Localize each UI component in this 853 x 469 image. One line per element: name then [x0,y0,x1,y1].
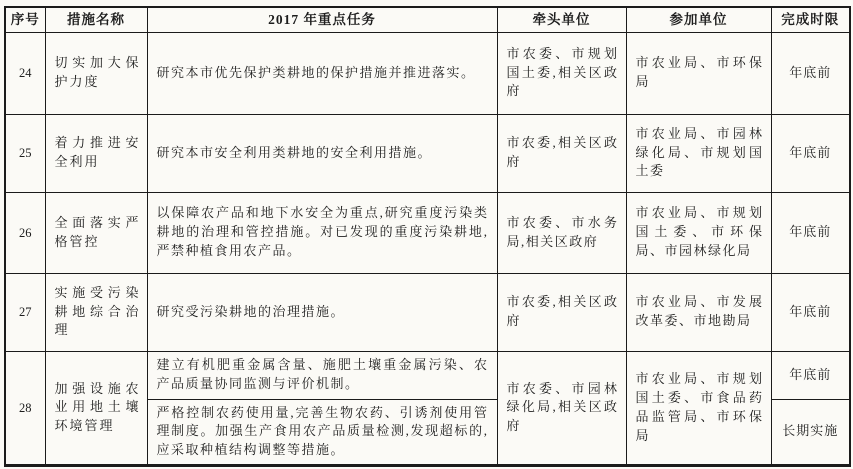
row-26-lead: 市农委、市水务局,相关区政府 [497,192,626,273]
row-27-task: 研究受污染耕地的治理措施。 [147,273,497,351]
row-28-lead: 市农委、市园林绿化局,相关区政府 [497,351,626,466]
tasks-table: 序号 措施名称 2017 年重点任务 牵头单位 参加单位 完成时限 24 切实加… [4,6,851,467]
row-28-deadline-2: 长期实施 [771,399,850,466]
header-measure: 措施名称 [45,7,147,32]
row-24-task: 研究本市优先保护类耕地的保护措施并推进落实。 [147,32,497,114]
row-27-lead: 市农委,相关区政府 [497,273,626,351]
row-26-participants: 市农业局、市规划国土委、市环保局、市园林绿化局 [626,192,771,273]
row-26-deadline: 年底前 [771,192,850,273]
header-task: 2017 年重点任务 [147,7,497,32]
row-24-measure: 切实加大保护力度 [45,32,147,114]
row-28-seq: 28 [5,351,45,466]
row-25-participants: 市农业局、市园林绿化局、市规划国土委 [626,114,771,192]
row-24-lead: 市农委、市规划国土委,相关区政府 [497,32,626,114]
row-24-seq: 24 [5,32,45,114]
row-25-measure: 着力推进安全利用 [45,114,147,192]
row-25-lead: 市农委,相关区政府 [497,114,626,192]
row-27-seq: 27 [5,273,45,351]
header-participants: 参加单位 [626,7,771,32]
row-24-participants: 市农业局、市环保局 [626,32,771,114]
header-row: 序号 措施名称 2017 年重点任务 牵头单位 参加单位 完成时限 [5,7,850,32]
row-25-deadline: 年底前 [771,114,850,192]
row-28-participants: 市农业局、市规划国土委、市食品药品监管局、市环保局 [626,351,771,466]
table-row-27: 27 实施受污染耕地综合治理 研究受污染耕地的治理措施。 市农委,相关区政府 市… [5,273,850,351]
table-row-26: 26 全面落实严格管控 以保障农产品和地下水安全为重点,研究重度污染类耕地的治理… [5,192,850,273]
row-26-measure: 全面落实严格管控 [45,192,147,273]
row-27-measure: 实施受污染耕地综合治理 [45,273,147,351]
row-27-participants: 市农业局、市发展改革委、市地勘局 [626,273,771,351]
header-lead: 牵头单位 [497,7,626,32]
row-28-measure: 加强设施农业用地土壤环境管理 [45,351,147,466]
header-seq: 序号 [5,7,45,32]
table-row-24: 24 切实加大保护力度 研究本市优先保护类耕地的保护措施并推进落实。 市农委、市… [5,32,850,114]
row-24-deadline: 年底前 [771,32,850,114]
row-28-task-1: 建立有机肥重金属含量、施肥土壤重金属污染、农产品质量协同监测与评价机制。 [147,351,497,399]
row-27-deadline: 年底前 [771,273,850,351]
row-28-task-2: 严格控制农药使用量,完善生物农药、引诱剂使用管理制度。加强生产食用农产品质量检测… [147,399,497,466]
row-25-task: 研究本市安全利用类耕地的安全利用措施。 [147,114,497,192]
row-28-deadline-1: 年底前 [771,351,850,399]
table-row-28-sub1: 28 加强设施农业用地土壤环境管理 建立有机肥重金属含量、施肥土壤重金属污染、农… [5,351,850,399]
row-25-seq: 25 [5,114,45,192]
table-row-25: 25 着力推进安全利用 研究本市安全利用类耕地的安全利用措施。 市农委,相关区政… [5,114,850,192]
row-26-task: 以保障农产品和地下水安全为重点,研究重度污染类耕地的治理和管控措施。对已发现的重… [147,192,497,273]
row-26-seq: 26 [5,192,45,273]
header-deadline: 完成时限 [771,7,850,32]
